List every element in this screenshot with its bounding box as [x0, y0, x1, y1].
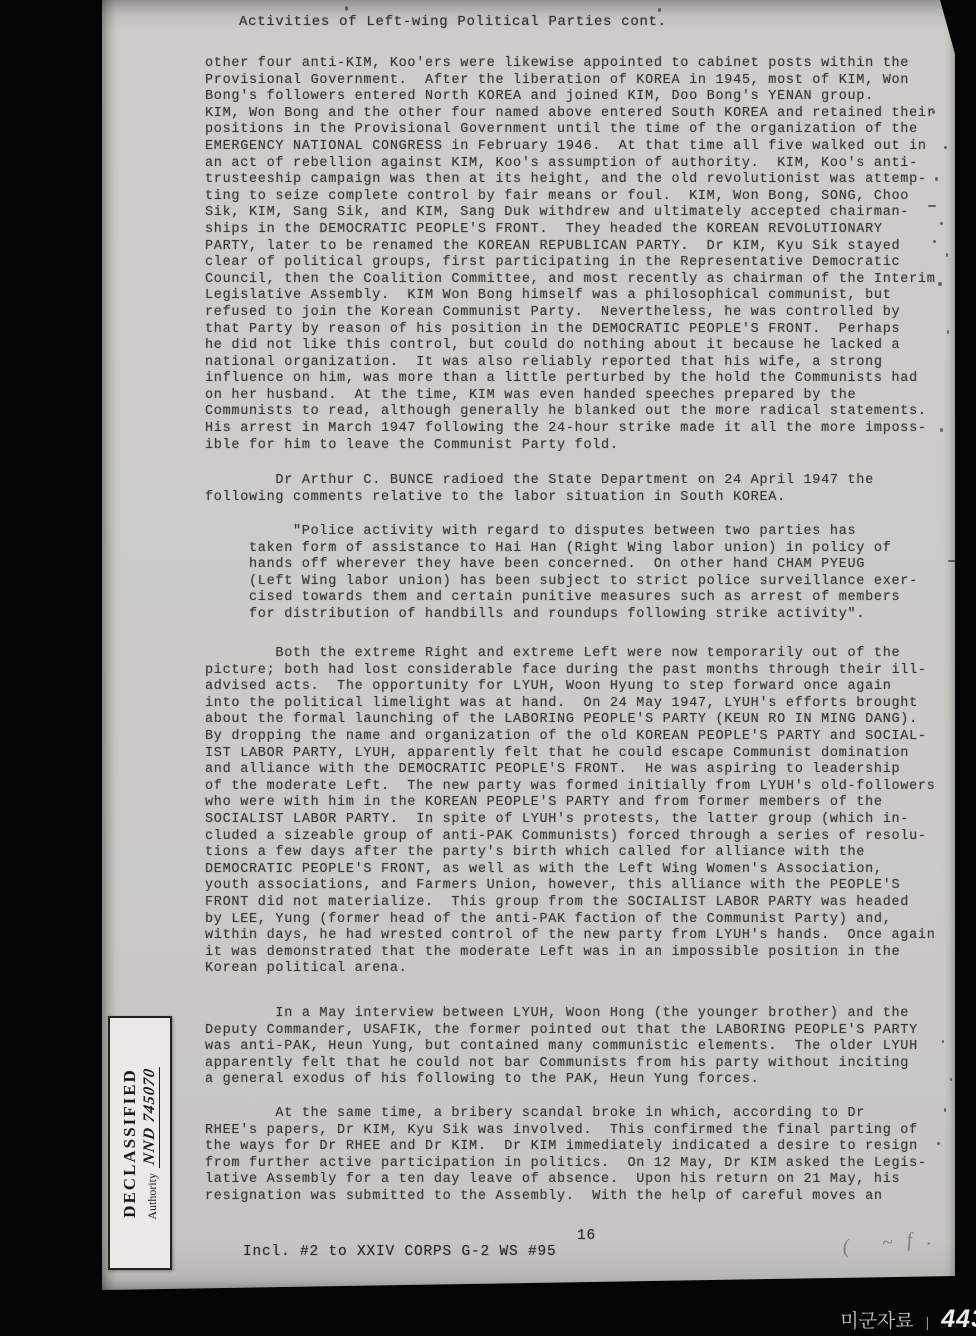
- archive-caption-label: 미군자료: [840, 1306, 913, 1333]
- document-paragraph: In a May interview between LYUH, Woon Ho…: [205, 1006, 918, 1089]
- stamp-authority-label: Authority: [145, 1173, 160, 1220]
- handwritten-marks: ( ~f. ( (: [841, 1216, 976, 1260]
- scanned-document-view: { "document": { "heading": "Activities o…: [0, 0, 976, 1336]
- ink-speck: [944, 146, 947, 149]
- enclosure-reference: Incl. #2 to XXIV CORPS G-2 WS #95: [243, 1244, 557, 1260]
- archive-caption: 미군자료 | 443: [840, 1305, 976, 1334]
- ink-speck: [938, 282, 942, 286]
- stamp-authority-number: NND 745070: [142, 1065, 160, 1168]
- ink-speck: [948, 560, 956, 562]
- page-number: 16: [577, 1228, 596, 1244]
- ink-speck: [940, 222, 943, 225]
- ink-speck: [946, 253, 948, 257]
- document-paragraph: Dr Arthur C. BUNCE radioed the State Dep…: [205, 473, 874, 506]
- document-paragraph: other four anti-KIM, Koo'ers were likewi…: [205, 56, 936, 454]
- document-page: Activities of Left-wing Political Partie…: [102, 0, 955, 1292]
- stamp-authority: Authority NND 745070: [142, 1066, 160, 1219]
- archive-page-number: 443: [941, 1305, 976, 1334]
- ink-speck: [658, 8, 661, 12]
- ink-speck: [932, 110, 935, 114]
- caption-separator: |: [926, 1314, 930, 1330]
- ink-speck: [345, 6, 348, 11]
- document-paragraph: Both the extreme Right and extreme Left …: [205, 646, 936, 978]
- footer-line: Incl. #2 to XXIV CORPS G-2 WS #95 16: [205, 1228, 905, 1292]
- ink-speck: [935, 177, 938, 181]
- ink-speck: [940, 428, 943, 432]
- ink-speck: [947, 330, 949, 334]
- ink-speck: [928, 205, 936, 207]
- stamp-title: DECLASSIFIED: [120, 1068, 140, 1218]
- document-quote-paragraph: "Police activity with regard to disputes…: [249, 524, 918, 624]
- declassified-stamp-text: DECLASSIFIED Authority NND 745070: [111, 1021, 169, 1265]
- ink-speck: [950, 1078, 952, 1081]
- declassified-stamp: DECLASSIFIED Authority NND 745070: [108, 1016, 172, 1270]
- document-paragraph: At the same time, a bribery scandal brok…: [205, 1106, 927, 1206]
- ink-speck: [933, 240, 936, 243]
- ink-speck: [944, 1108, 946, 1112]
- page-heading: Activities of Left-wing Political Partie…: [239, 14, 667, 30]
- ink-speck: [942, 1040, 944, 1043]
- ink-speck: [937, 1142, 940, 1145]
